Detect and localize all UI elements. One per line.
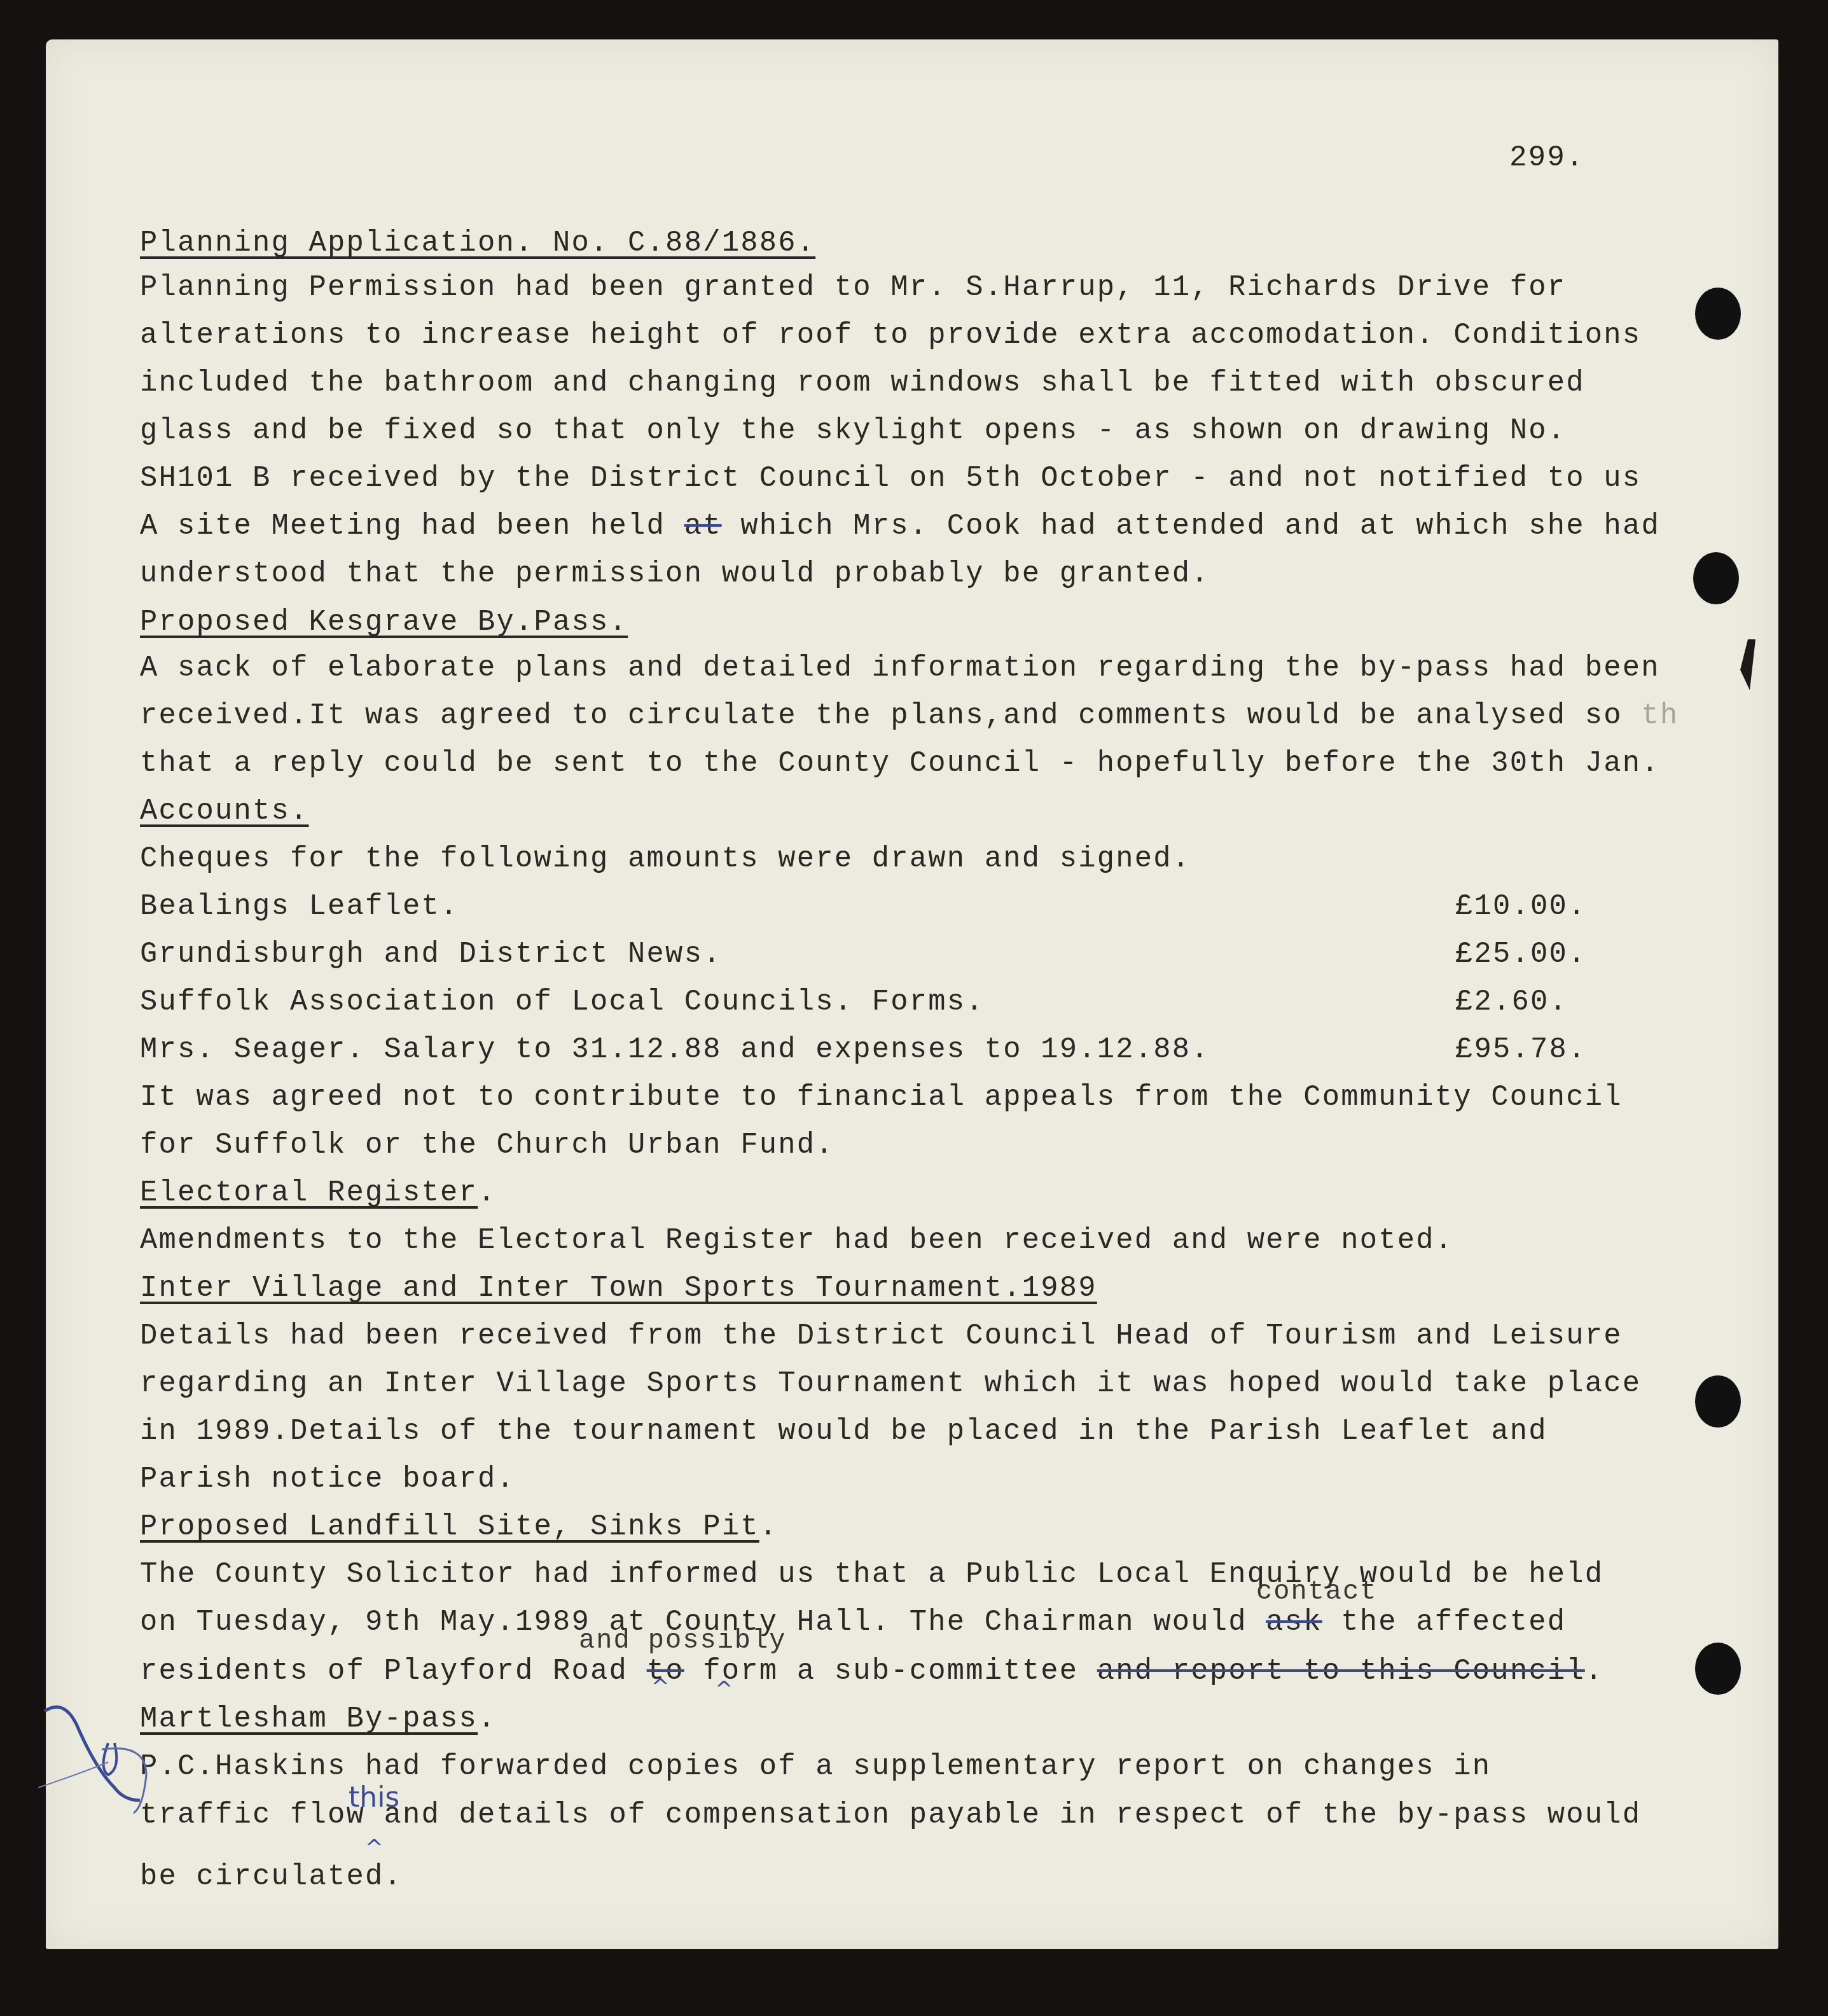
section-heading-sports: Inter Village and Inter Town Sports Tour… bbox=[140, 1269, 1097, 1307]
body-line: on Tuesday, 9th May.1989 at County Hall.… bbox=[140, 1603, 1566, 1641]
body-line: A sack of elaborate plans and detailed i… bbox=[140, 649, 1660, 687]
page-number: 299. bbox=[1509, 141, 1584, 174]
body-text: residents of Playford Road bbox=[140, 1655, 628, 1688]
body-line: SH101 B received by the District Council… bbox=[140, 459, 1641, 497]
body-line: residents of Playford Road to form a sub… bbox=[140, 1652, 1603, 1690]
body-line: be circulated. bbox=[140, 1858, 403, 1896]
section-heading-martlesham: Martlesham By-pass. bbox=[140, 1700, 497, 1738]
faint-overflow-text: th bbox=[1641, 699, 1679, 732]
heading-text: Electoral Register bbox=[140, 1176, 478, 1209]
body-line: received.It was agreed to circulate the … bbox=[140, 697, 1679, 735]
heading-suffix: . bbox=[478, 1176, 497, 1209]
caret-mark-icon: ^ bbox=[715, 1677, 733, 1702]
body-text: received.It was agreed to circulate the … bbox=[140, 699, 1623, 732]
body-text: form a sub-committee bbox=[703, 1655, 1078, 1688]
account-amount: £2.60. bbox=[1455, 983, 1568, 1021]
punch-hole bbox=[1695, 1643, 1741, 1695]
account-item: Grundisburgh and District News. bbox=[140, 935, 722, 973]
body-line: glass and be fixed so that only the skyl… bbox=[140, 412, 1566, 450]
caret-mark-icon: ^ bbox=[651, 1674, 670, 1700]
section-heading-electoral: Electoral Register. bbox=[140, 1174, 497, 1212]
body-line: It was agreed not to contribute to finan… bbox=[140, 1078, 1623, 1116]
body-line: P.C.Haskins had forwarded copies of a su… bbox=[140, 1748, 1491, 1786]
body-text: the affected bbox=[1341, 1606, 1566, 1639]
section-heading-kesgrave: Proposed Kesgrave By.Pass. bbox=[140, 603, 628, 641]
caret-mark-icon: ^ bbox=[365, 1835, 384, 1861]
body-line: The County Solicitor had informed us tha… bbox=[140, 1555, 1603, 1594]
body-line: Cheques for the following amounts were d… bbox=[140, 840, 1191, 878]
punch-hole bbox=[1695, 1375, 1741, 1428]
struck-word: at bbox=[684, 510, 722, 543]
account-amount: £25.00. bbox=[1455, 935, 1587, 973]
punch-hole bbox=[1695, 288, 1741, 340]
heading-text: Proposed Landfill Site, Sinks Pit bbox=[140, 1510, 759, 1543]
body-line: for Suffolk or the Church Urban Fund. bbox=[140, 1126, 834, 1164]
account-amount: £95.78. bbox=[1455, 1031, 1587, 1069]
account-item: Bealings Leaflet. bbox=[140, 887, 459, 926]
inserted-word-contact: contact bbox=[1256, 1576, 1377, 1607]
heading-text: Martlesham By-pass bbox=[140, 1702, 478, 1735]
punch-hole bbox=[1693, 552, 1739, 604]
account-item: Suffolk Association of Local Councils. F… bbox=[140, 983, 985, 1021]
body-line: alterations to increase height of roof t… bbox=[140, 316, 1641, 354]
body-line: Planning Permission had been granted to … bbox=[140, 268, 1566, 307]
body-line: Parish notice board. bbox=[140, 1460, 515, 1498]
body-line: Amendments to the Electoral Register had… bbox=[140, 1221, 1453, 1260]
body-line: A site Meeting had been held at which Mr… bbox=[140, 507, 1660, 545]
margin-pen-mark-icon bbox=[38, 1699, 165, 1826]
struck-word: ask bbox=[1266, 1606, 1322, 1639]
body-line: traffic flow and details of compensation… bbox=[140, 1796, 1641, 1834]
body-line: understood that the permission would pro… bbox=[140, 555, 1210, 593]
body-line: Details had been received from the Distr… bbox=[140, 1317, 1623, 1355]
body-line: that a reply could be sent to the County… bbox=[140, 744, 1660, 782]
account-item: Mrs. Seager. Salary to 31.12.88 and expe… bbox=[140, 1031, 1210, 1069]
section-heading-landfill: Proposed Landfill Site, Sinks Pit. bbox=[140, 1508, 778, 1546]
body-text: . bbox=[1585, 1655, 1604, 1688]
body-line: in 1989.Details of the tournament would … bbox=[140, 1412, 1548, 1450]
body-text: A site Meeting had been held bbox=[140, 510, 665, 543]
body-line: regarding an Inter Village Sports Tourna… bbox=[140, 1365, 1641, 1403]
section-heading-accounts: Accounts. bbox=[140, 792, 309, 830]
heading-suffix: . bbox=[759, 1510, 779, 1543]
body-line: included the bathroom and changing room … bbox=[140, 364, 1585, 402]
inserted-phrase-and-possibly: and possibly bbox=[579, 1625, 786, 1656]
body-text: which Mrs. Cook had attended and at whic… bbox=[740, 510, 1660, 543]
heading-suffix: . bbox=[478, 1702, 497, 1735]
account-amount: £10.00. bbox=[1455, 887, 1587, 926]
struck-phrase: and report to this Council bbox=[1097, 1655, 1585, 1688]
section-heading-planning: Planning Application. No. C.88/1886. bbox=[140, 224, 815, 262]
